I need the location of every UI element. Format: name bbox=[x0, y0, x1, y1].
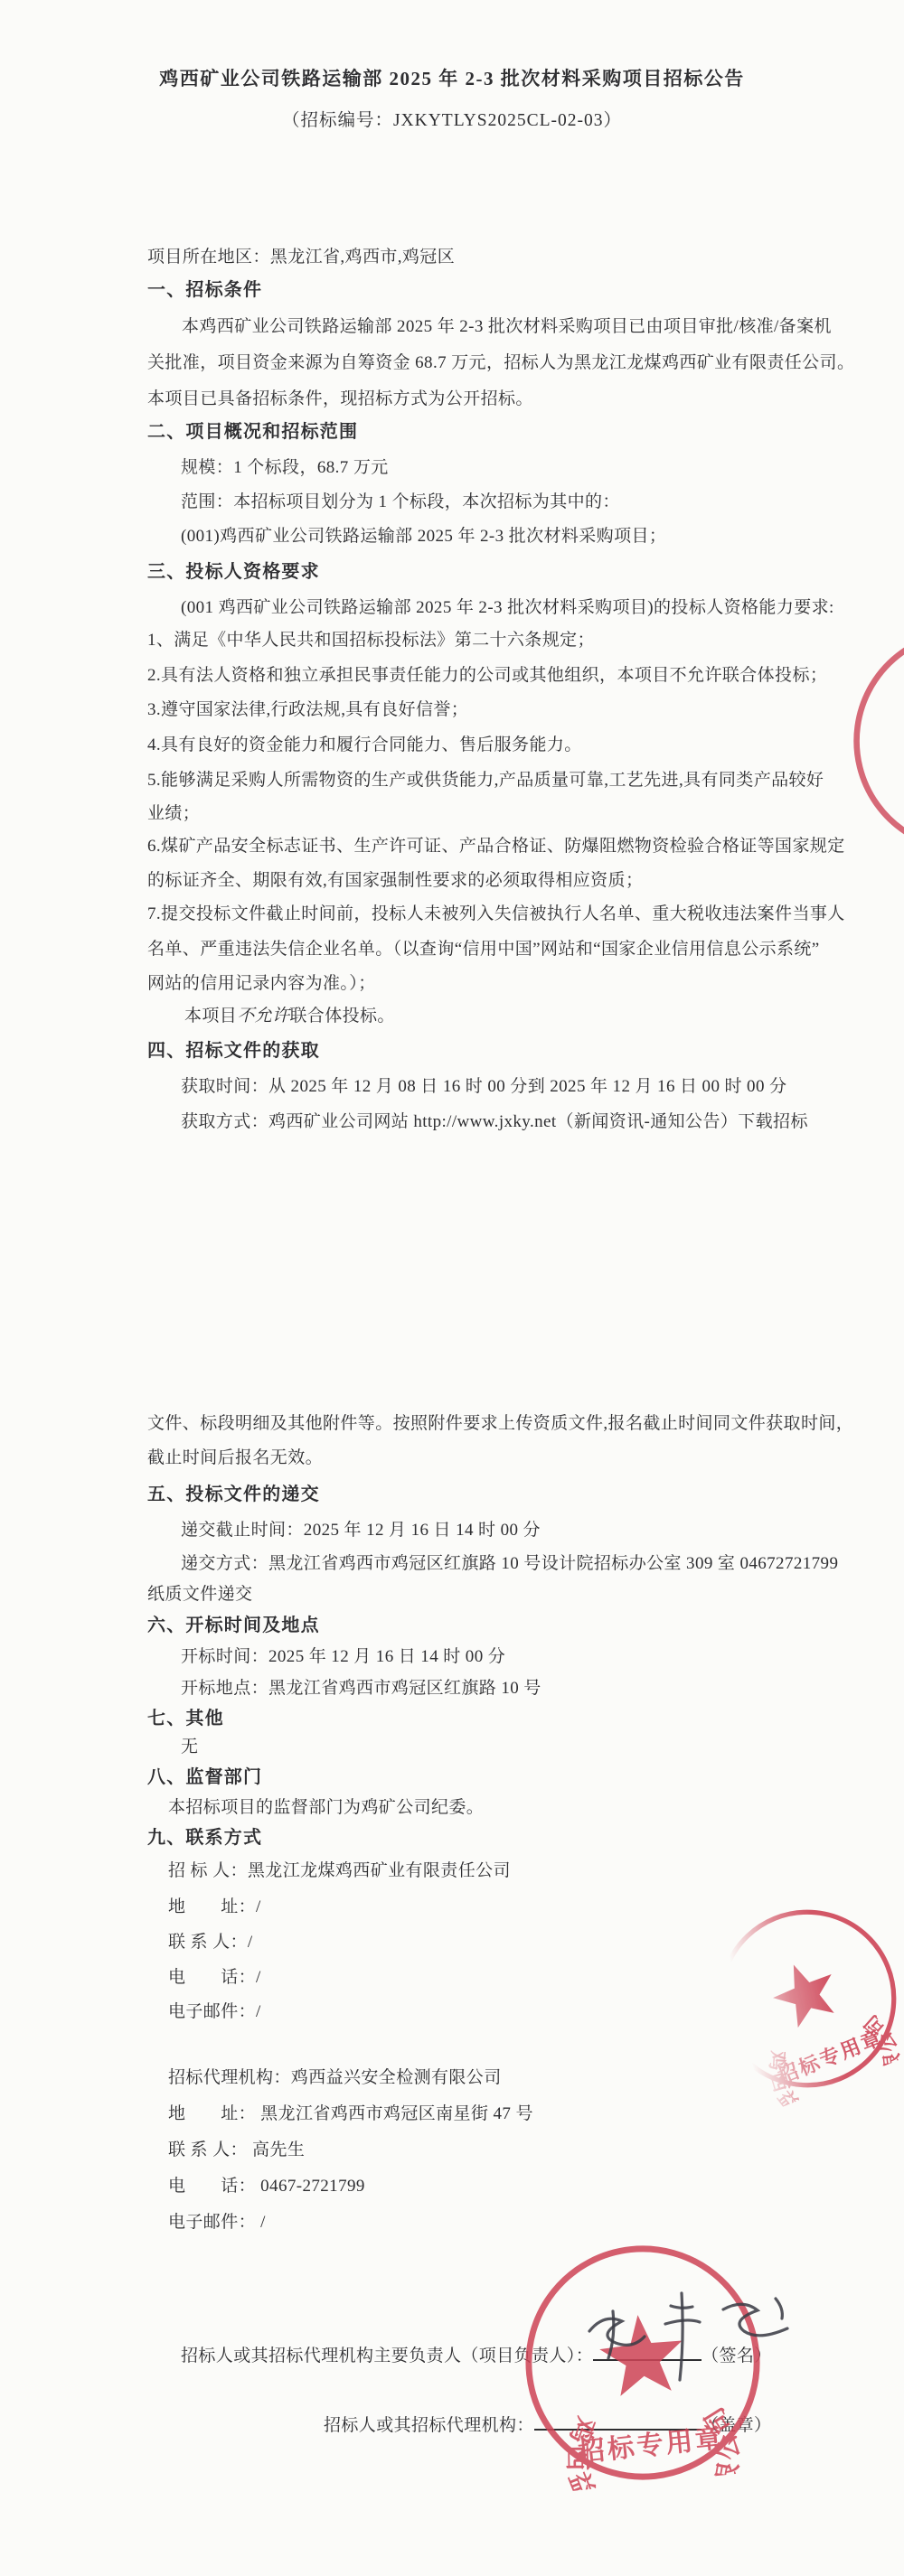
requirement-4: 4.具有良好的资金能力和履行合同能力、售后服务能力。 bbox=[147, 734, 582, 757]
obtain-method-cont-1: 文件、标段明细及其他附件等。按照附件要求上传资质文件,报名截止时间同文件获取时间… bbox=[147, 1412, 853, 1436]
tenderer-name: 招 标 人：黑龙江龙煤鸡西矿业有限责任公司 bbox=[168, 1859, 511, 1883]
tenderer-phone: 电 话：/ bbox=[168, 1966, 261, 1990]
section-6-heading: 六、开标时间及地点 bbox=[147, 1614, 320, 1637]
agency-seal-stamp-partial-mid: 鸡西益兴安全检测有限公司 招标专用章 bbox=[689, 1880, 904, 2118]
requirement-7-line-2: 名单、严重违法失信企业名单。（以查询“信用中国”网站和“国家企业信用信息公示系统… bbox=[147, 938, 820, 961]
agency-address: 地 址： 黑龙江省鸡西市鸡冠区南星街 47 号 bbox=[168, 2103, 533, 2126]
section-3-heading: 三、投标人资格要求 bbox=[147, 560, 320, 584]
tender-number: （招标编号：JXKYTLYS2025CL-02-03） bbox=[0, 109, 904, 133]
requirement-5-line-2: 业绩； bbox=[147, 802, 200, 826]
section-1-line-2: 关批准，项目资金来源为自筹资金 68.7 万元，招标人为黑龙江龙煤鸡西矿业有限责… bbox=[147, 351, 854, 375]
section-1-line-3: 本项目已具备招标条件，现招标方式为公开招标。 bbox=[147, 388, 533, 411]
agency-phone: 电 话： 0467-2721799 bbox=[168, 2175, 365, 2198]
submission-method-cont: 纸质文件递交 bbox=[147, 1583, 252, 1606]
project-location: 项目所在地区：黑龙江省,鸡西市,鸡冠区 bbox=[147, 246, 455, 269]
requirement-6-line-1: 6.煤矿产品安全标志证书、生产许可证、产品合格证、防爆阻燃物资检验合格证等国家规… bbox=[147, 835, 845, 858]
section-1-line-1: 本鸡西矿业公司铁路运输部 2025 年 2-3 批次材料采购项目已由项目审批/核… bbox=[182, 315, 832, 339]
section-9-heading: 九、联系方式 bbox=[147, 1826, 262, 1850]
round-seal-icon: 鸡西益兴安全检测有限公司 招标专用章 bbox=[689, 1880, 904, 2118]
agency-name: 招标代理机构：鸡西益兴安全检测有限公司 bbox=[168, 2066, 502, 2090]
tenderer-address: 地 址：/ bbox=[168, 1896, 261, 1919]
opening-place: 开标地点：黑龙江省鸡西市鸡冠区红旗路 10 号 bbox=[181, 1677, 541, 1700]
other-none: 无 bbox=[181, 1736, 198, 1759]
handwritten-signature bbox=[570, 2288, 814, 2387]
obtain-method-cont-2: 截止时间后报名无效。 bbox=[147, 1447, 323, 1470]
no-joint-post: 联合体投标。 bbox=[289, 1007, 394, 1026]
tenderer-contact: 联 系 人：/ bbox=[168, 1931, 253, 1954]
opening-time: 开标时间：2025 年 12 月 16 日 14 时 00 分 bbox=[181, 1645, 505, 1669]
section-8-heading: 八、监督部门 bbox=[147, 1766, 262, 1789]
qualification-intro: (001 鸡西矿业公司铁路运输部 2025 年 2-3 批次材料采购项目)的投标… bbox=[181, 596, 834, 620]
section-7-heading: 七、其他 bbox=[147, 1707, 224, 1730]
submission-deadline: 递交截止时间：2025 年 12 月 16 日 14 时 00 分 bbox=[181, 1519, 541, 1542]
project-range: 范围：本招标项目划分为 1 个标段，本次招标为其中的： bbox=[181, 491, 620, 514]
section-5-heading: 五、投标文件的递交 bbox=[147, 1483, 320, 1506]
submission-method: 递交方式：黑龙江省鸡西市鸡冠区红旗路 10 号设计院招标办公室 309 室 04… bbox=[181, 1552, 838, 1576]
requirement-2: 2.具有法人资格和独立承担民事责任能力的公司或其他组织，本项目不允许联合体投标； bbox=[147, 664, 827, 688]
section-2-heading: 二、项目概况和招标范围 bbox=[147, 420, 358, 444]
requirement-3: 3.遵守国家法律,行政法规,具有良好信誉； bbox=[147, 698, 468, 722]
obtain-time: 获取时间：从 2025 年 12 月 08 日 16 时 00 分到 2025 … bbox=[181, 1075, 786, 1099]
no-joint-emphasis: 不允许 bbox=[237, 1007, 289, 1026]
range-item-001: (001)鸡西矿业公司铁路运输部 2025 年 2-3 批次材料采购项目； bbox=[181, 525, 666, 548]
scanned-document-page: 鸡西矿业公司铁路运输部 2025 年 2-3 批次材料采购项目招标公告 （招标编… bbox=[0, 0, 904, 2576]
supervision-dept: 本招标项目的监督部门为鸡矿公司纪委。 bbox=[168, 1796, 484, 1820]
obtain-method: 获取方式：鸡西矿业公司网站 http://www.jxky.net（新闻资讯-通… bbox=[181, 1110, 808, 1134]
requirement-5-line-1: 5.能够满足采购人所需物资的生产或供货能力,产品质量可靠,工艺先进,具有同类产品… bbox=[147, 769, 824, 792]
page-title: 鸡西矿业公司铁路运输部 2025 年 2-3 批次材料采购项目招标公告 bbox=[0, 67, 904, 90]
project-scale: 规模：1 个标段，68.7 万元 bbox=[181, 456, 389, 480]
requirement-7-line-1: 7.提交投标文件截止时间前，投标人未被列入失信被执行人名单、重大税收违法案件当事… bbox=[147, 903, 845, 926]
tenderer-email: 电子邮件：/ bbox=[168, 2000, 261, 2024]
no-joint-bid-note: 本项目不允许联合体投标。 bbox=[184, 1005, 395, 1028]
section-1-heading: 一、招标条件 bbox=[147, 278, 262, 302]
star-icon bbox=[765, 1953, 845, 2032]
agency-contact: 联 系 人： 高先生 bbox=[168, 2139, 305, 2162]
requirement-1: 1、满足《中华人民共和国招标投标法》第二十六条规定； bbox=[147, 629, 595, 652]
sign-line-2-label: 招标人或其招标代理机构： bbox=[324, 2416, 534, 2435]
requirement-6-line-2: 的标证齐全、期限有效,有国家强制性要求的必须取得相应资质； bbox=[147, 869, 643, 893]
requirement-7-line-3: 网站的信用记录内容为准。）； bbox=[147, 972, 376, 996]
no-joint-pre: 本项目 bbox=[184, 1007, 237, 1026]
agency-email: 电子邮件： / bbox=[168, 2211, 266, 2234]
section-4-heading: 四、招标文件的获取 bbox=[147, 1039, 320, 1063]
